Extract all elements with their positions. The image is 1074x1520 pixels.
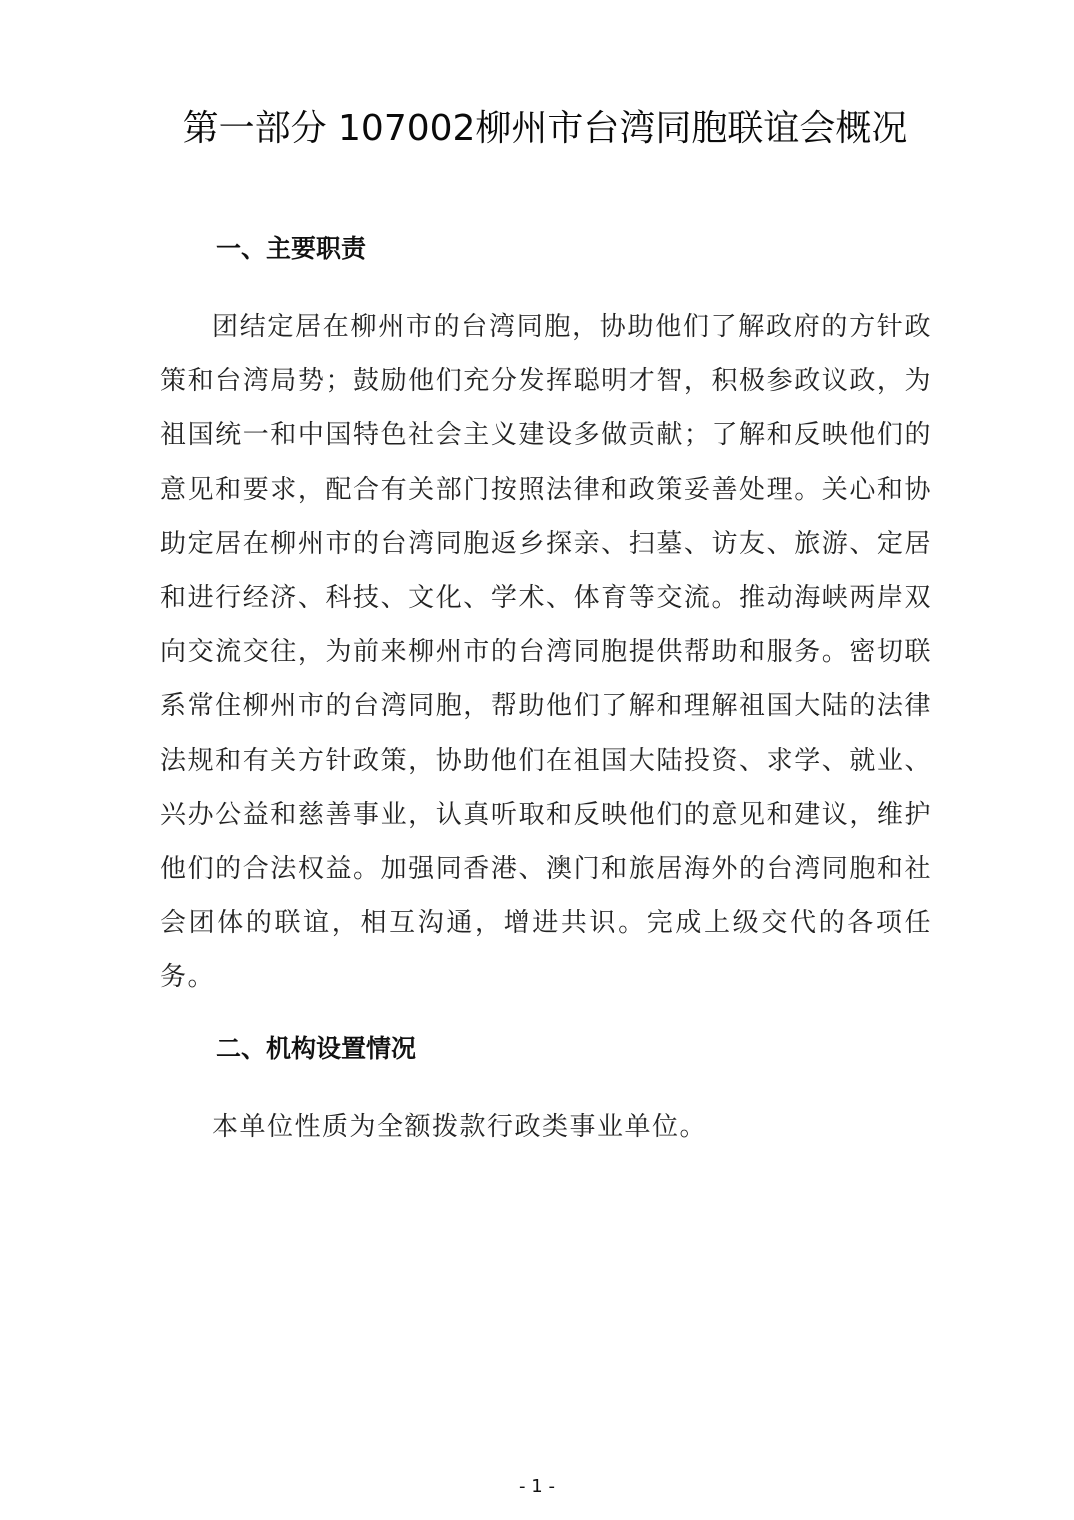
section-heading-main-duties: 一、主要职责 [216, 232, 366, 266]
document-page: 第一部分 107002柳州市台湾同胞联谊会概况 一、主要职责 团结定居在柳州市的… [0, 0, 1074, 1520]
document-title: 第一部分 107002柳州市台湾同胞联谊会概况 [160, 106, 930, 152]
section-body-main-duties: 团结定居在柳州市的台湾同胞，协助他们了解政府的方针政策和台湾局势；鼓励他们充分发… [160, 300, 932, 1005]
page-number: - 1 - [0, 1476, 1074, 1498]
section-heading-organization: 二、机构设置情况 [216, 1032, 416, 1066]
section-body-organization: 本单位性质为全额拨款行政类事业单位。 [160, 1100, 932, 1154]
